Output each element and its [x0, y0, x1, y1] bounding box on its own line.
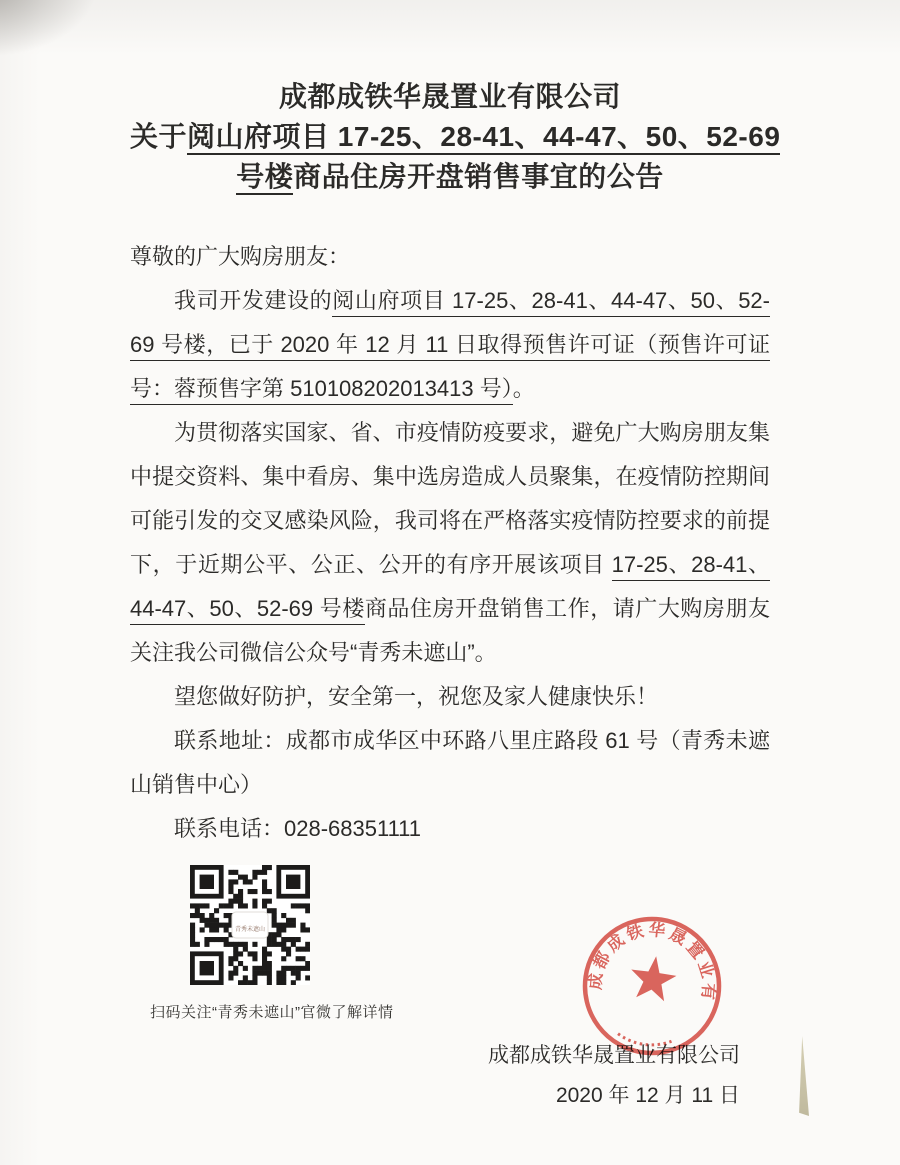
- text-segment: 联系电话：028-68351111: [174, 816, 421, 841]
- underlined-text-segment: 阅山府项目 17-25、28-41、44-47、50、52-69: [187, 121, 780, 155]
- title-line-3: 号楼商品住房开盘销售事宜的公告: [130, 157, 770, 197]
- paragraph: 联系地址：成都市成华区中环路八里庄路段 61 号（青秀未遮山销售中心）: [130, 719, 770, 807]
- document-title: 成都成铁华晟置业有限公司 关于阅山府项目 17-25、28-41、44-47、5…: [130, 77, 770, 197]
- text-segment: 我司开发建设的: [174, 288, 332, 313]
- text-segment: 联系地址：成都市成华区中环路八里庄路段 61 号（青秀未遮山销售中心）: [130, 728, 770, 797]
- text-segment: 关于: [130, 121, 187, 152]
- text-segment: 。: [513, 376, 535, 401]
- text-segment: 商品住房开盘销售事宜的公告: [293, 161, 664, 192]
- qr-code: 青秀未遮山: [190, 865, 310, 985]
- document-content: 成都成铁华晟置业有限公司 关于阅山府项目 17-25、28-41、44-47、5…: [0, 0, 900, 1116]
- signature-date: 2020 年 12 月 11 日: [130, 1076, 740, 1116]
- signature-block: 成都成铁华晟置业有限公司 2020 年 12 月 11 日: [130, 1036, 770, 1116]
- text-segment: 望您做好防护，安全第一，祝您及家人健康快乐！: [174, 684, 658, 709]
- signature-company: 成都成铁华晟置业有限公司: [130, 1036, 740, 1076]
- qr-caption: 扫码关注“青秀未遮山”官微了解详情: [150, 1001, 770, 1022]
- paragraph: 联系电话：028-68351111: [130, 807, 770, 851]
- document-body: 尊敬的广大购房朋友： 我司开发建设的阅山府项目 17-25、28-41、44-4…: [130, 235, 770, 851]
- paragraph: 望您做好防护，安全第一，祝您及家人健康快乐！: [130, 675, 770, 719]
- body-paragraphs: 我司开发建设的阅山府项目 17-25、28-41、44-47、50、52-69 …: [130, 279, 770, 851]
- underlined-text-segment: 号楼: [236, 161, 293, 195]
- qr-center-label: 青秀未遮山: [235, 925, 265, 933]
- title-line-1: 成都成铁华晟置业有限公司: [130, 77, 770, 117]
- announcement-document-page: 成都成铁华晟置业有限公司 关于阅山府项目 17-25、28-41、44-47、5…: [0, 0, 900, 1165]
- salutation: 尊敬的广大购房朋友：: [130, 235, 770, 279]
- paragraph: 我司开发建设的阅山府项目 17-25、28-41、44-47、50、52-69 …: [130, 279, 770, 411]
- paragraph: 为贯彻落实国家、省、市疫情防疫要求，避免广大购房朋友集中提交资料、集中看房、集中…: [130, 411, 770, 675]
- qr-code-graphic: 青秀未遮山: [190, 865, 310, 985]
- text-segment: 成都成铁华晟置业有限公司: [279, 81, 621, 112]
- title-line-2: 关于阅山府项目 17-25、28-41、44-47、50、52-69: [130, 117, 770, 157]
